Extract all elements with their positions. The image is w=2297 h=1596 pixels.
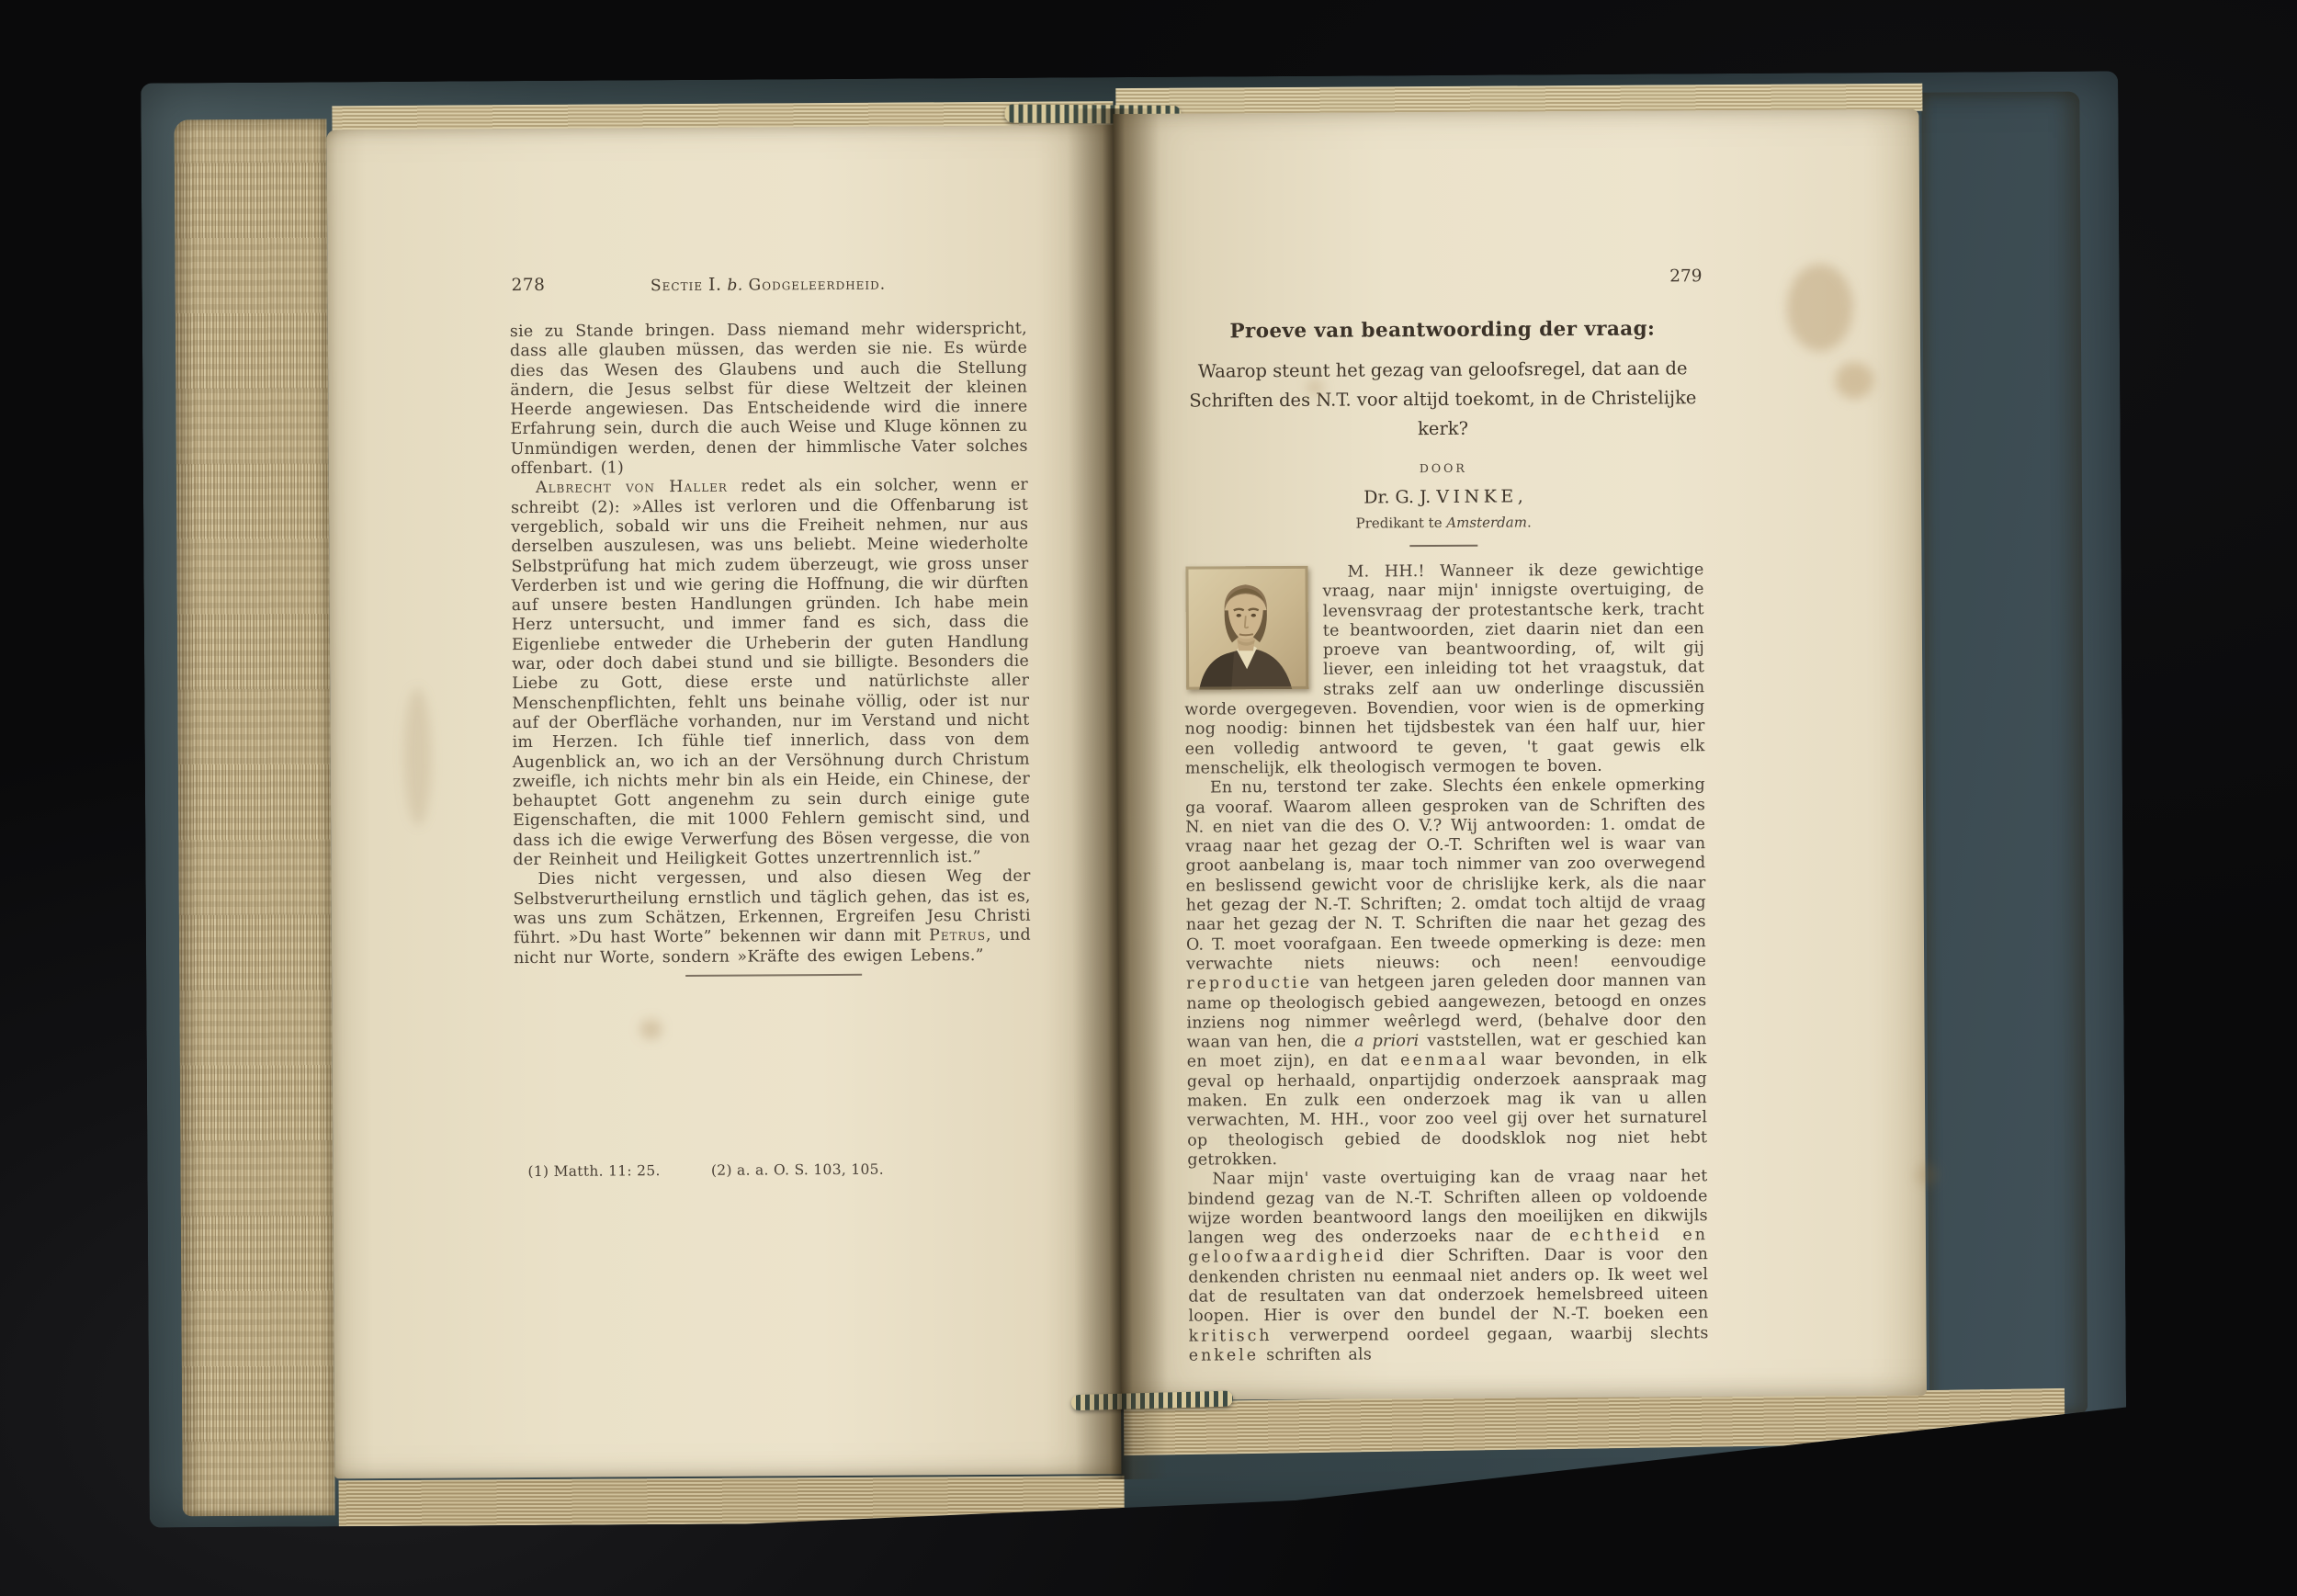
- text-segment: a priori: [1354, 1032, 1419, 1050]
- left-page: 278 Sectie I. b. Godgeleerdheid. sie zu …: [327, 125, 1122, 1478]
- header-section-letter: b.: [727, 277, 742, 295]
- portrait-illustration: [1185, 566, 1308, 690]
- text-segment: schriften als: [1259, 1345, 1372, 1364]
- page-edges-bottom-left: [339, 1476, 1125, 1526]
- right-page-text-column: Proeve van beantwoording der vraag: Waar…: [1182, 317, 1709, 1366]
- paragraph: En nu, terstond ter zake. Slechts éen en…: [1185, 775, 1708, 1170]
- author-portrait-photo: [1185, 566, 1308, 690]
- footnote-1: (1) Matth. 11: 25.: [527, 1162, 660, 1180]
- left-page-body-text: sie zu Stande bringen. Dass niemand mehr…: [510, 320, 1031, 968]
- right-page: 279 Proeve van beantwoording der vraag: …: [1113, 109, 1927, 1400]
- footnotes-line: (1) Matth. 11: 25. (2) a. a. O. S. 103, …: [527, 1160, 1045, 1180]
- paragraph: Albrecht von Haller redet als ein solche…: [511, 476, 1031, 870]
- left-page-text-column: 278 Sectie I. b. Godgeleerdheid. sie zu …: [510, 273, 1032, 968]
- byline-prefix: DOOR: [1183, 459, 1703, 476]
- author-role-text: Predikant te: [1356, 515, 1447, 532]
- running-header: 278 Sectie I. b. Godgeleerdheid.: [510, 273, 1027, 298]
- author-surname: VINKE: [1436, 486, 1518, 507]
- text-segment: Petrus: [929, 926, 986, 945]
- paragraph: sie zu Stande bringen. Dass niemand mehr…: [510, 320, 1028, 480]
- title-divider-rule: [1409, 545, 1477, 547]
- author-role: Predikant te Amsterdam.: [1183, 513, 1703, 532]
- header-section-word: Sectie: [651, 277, 703, 295]
- footnote-2: (2) a. a. O. S. 103, 105.: [711, 1161, 884, 1179]
- text-segment: verwerpend oordeel gegaan, waarbij slech…: [1273, 1324, 1709, 1345]
- page-number-left: 278: [512, 276, 546, 295]
- photo-black-background: 278 Sectie I. b. Godgeleerdheid. sie zu …: [0, 0, 2297, 1596]
- paragraph: Naar mijn' vaste overtuiging kan de vraa…: [1187, 1167, 1708, 1365]
- page-edges-right-fore-edge: [1921, 92, 2088, 1414]
- text-segment: enkele: [1189, 1346, 1260, 1364]
- author-role-period: .: [1527, 514, 1532, 530]
- paragraph: Dies nicht vergessen, und also diesen We…: [513, 867, 1031, 968]
- open-book: 278 Sectie I. b. Godgeleerdheid. sie zu …: [141, 71, 2127, 1527]
- text-segment: Albrecht von Haller: [536, 478, 728, 497]
- author-name-comma: ,: [1518, 486, 1523, 506]
- text-segment: redet als ein solcher, wenn er schreibt …: [511, 476, 1030, 869]
- author-name: Dr. G. J. VINKE,: [1183, 485, 1703, 508]
- page-number-right: 279: [1182, 266, 1702, 289]
- article-subtitle: Waarop steunt het gezag van geloofsregel…: [1182, 354, 1703, 445]
- end-of-section-rule: [685, 974, 862, 977]
- text-segment: En nu, terstond ter zake. Slechts éen en…: [1185, 775, 1706, 973]
- header-section-numeral: I.: [708, 275, 722, 295]
- author-role-place: Amsterdam: [1446, 514, 1527, 531]
- header-section-title: Godgeleerdheid.: [749, 276, 887, 295]
- article-subtitle-line-1: Waarop steunt het gezag van geloofsregel…: [1182, 354, 1703, 386]
- text-segment: kritisch: [1189, 1327, 1273, 1346]
- article-title: Proeve van beantwoording der vraag:: [1182, 317, 1703, 343]
- page-edges-left-fore-edge: [174, 119, 334, 1516]
- article-subtitle-line-2: Schriften des N.T. voor altijd toekomt, …: [1182, 383, 1703, 445]
- text-segment: reproductie: [1186, 974, 1312, 993]
- text-segment: sie zu Stande bringen. Dass niemand mehr…: [510, 320, 1028, 479]
- right-page-body: M. HH.! Wanneer ik deze gewichtige vraag…: [1183, 560, 1708, 1366]
- author-title-initials: Dr. G. J.: [1363, 487, 1436, 507]
- running-header-title: Sectie I. b. Godgeleerdheid.: [510, 273, 1027, 296]
- text-segment: eenmaal: [1400, 1051, 1488, 1070]
